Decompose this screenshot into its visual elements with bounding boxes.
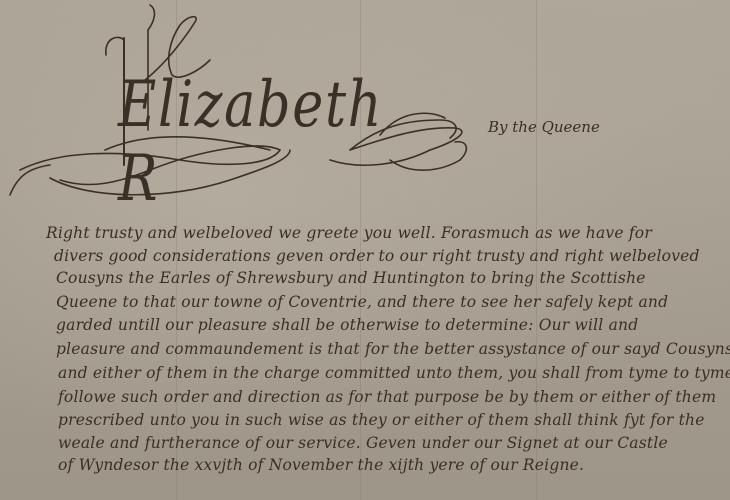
royal-signature: Elizabeth R (0, 0, 480, 200)
letter-line: prescribed unto you in such wise as they… (58, 411, 705, 429)
letter-line: pleasure and commaundement is that for t… (56, 340, 730, 358)
letter-line: Queene to that our towne of Coventrie, a… (56, 293, 668, 311)
countersign-text: By the Queene (488, 118, 600, 136)
letter-line: of Wyndesor the xxvjth of November the x… (58, 456, 584, 474)
letter-line: garded untill our pleasure shall be othe… (56, 316, 638, 334)
manuscript-page: Elizabeth R By the Queene Right trusty a… (0, 0, 730, 500)
letter-line: weale and furtherance of our service. Ge… (58, 434, 668, 452)
letter-line: Right trusty and welbeloved we greete yo… (46, 224, 652, 242)
letter-line: followe such order and direction as for … (58, 388, 716, 406)
letter-line: Cousyns the Earles of Shrewsbury and Hun… (56, 269, 646, 287)
letter-line: and either of them in the charge committ… (58, 364, 730, 382)
letter-line: divers good considerations geven order t… (54, 247, 700, 265)
signature-text: Elizabeth R (118, 68, 415, 216)
